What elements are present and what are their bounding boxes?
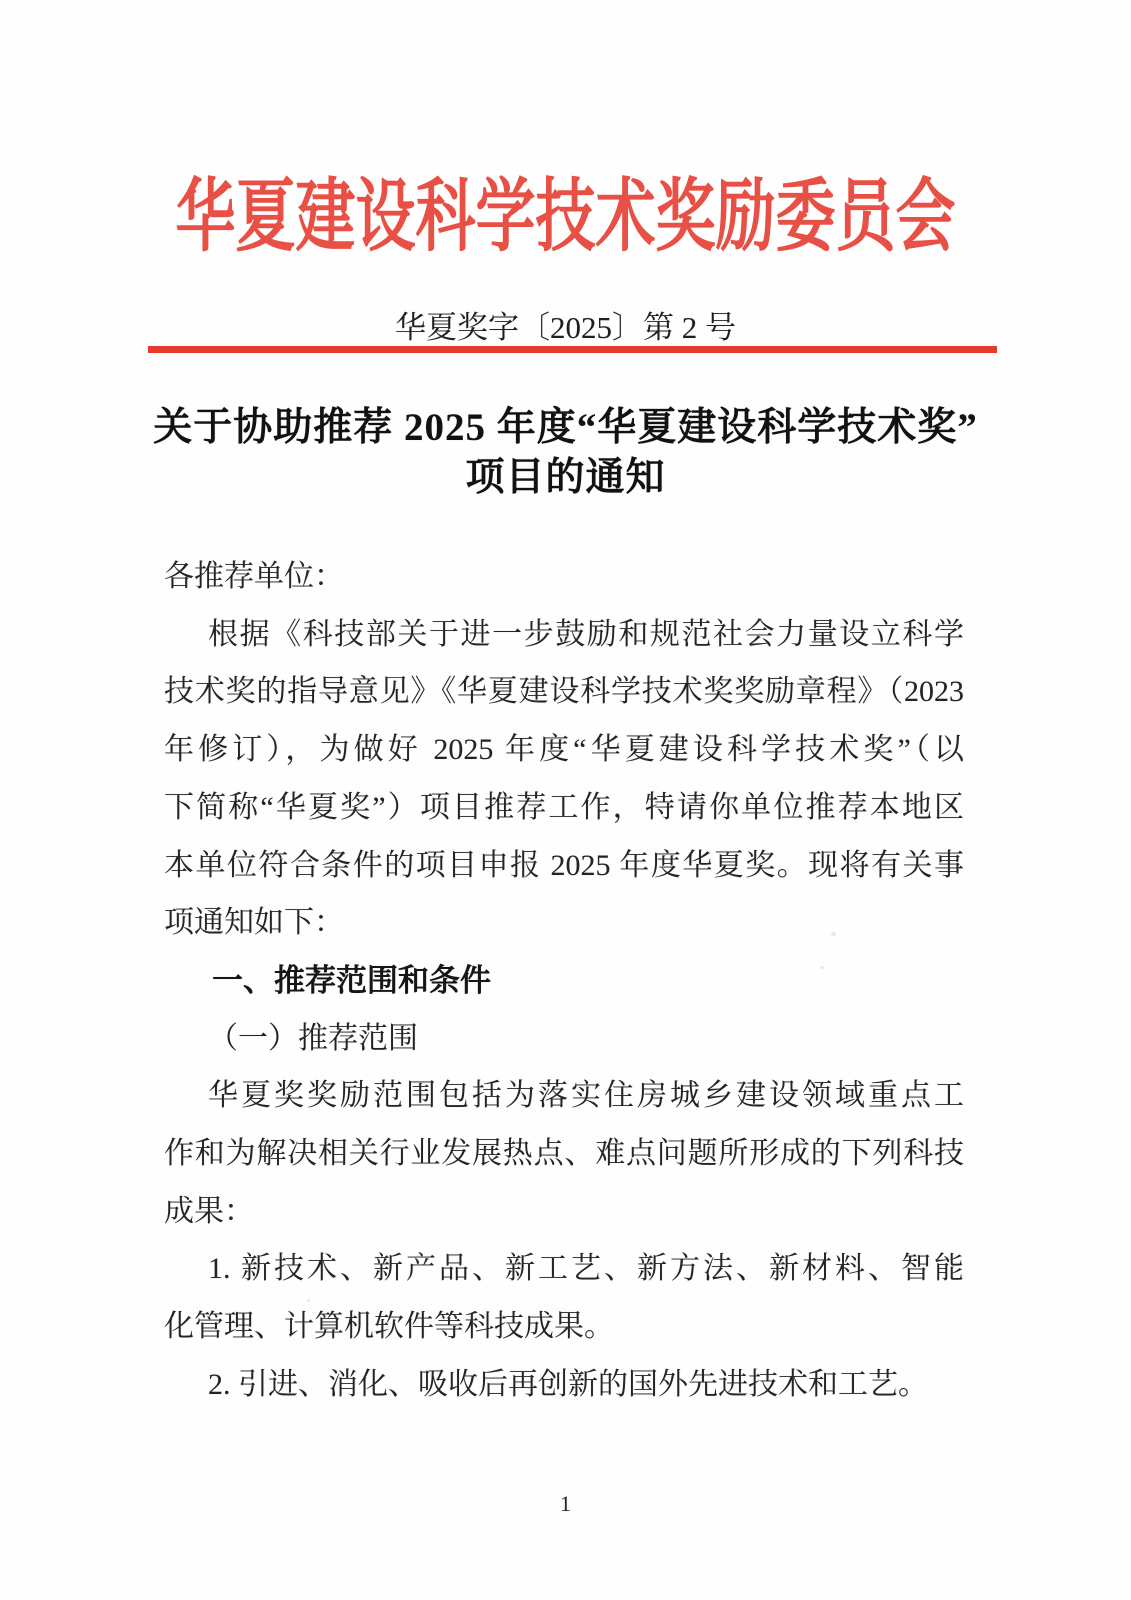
body-line-para1-1: 根据《科技部关于进一步鼓励和规范社会力量设立科学 <box>164 606 964 664</box>
body-line-scope-1: 华夏奖奖励范围包括为落实住房城乡建设领域重点工 <box>164 1067 964 1125</box>
body-line-scope-2: 作和为解决相关行业发展热点、难点问题所形成的下列科技 <box>164 1125 964 1183</box>
letterhead-org-title: 华夏建设科学技术奖励委员会 <box>0 154 1131 280</box>
body-line-scope-3: 成果： <box>164 1183 964 1241</box>
body-line-salutation: 各推荐单位： <box>164 548 964 606</box>
section-1-heading: 一、推荐范围和条件 <box>164 952 964 1010</box>
document-title-line1: 关于协助推荐 2025 年度“华夏建设科学技术奖” <box>0 403 1131 453</box>
scan-speck <box>307 1299 310 1302</box>
scan-speck <box>831 932 836 936</box>
scan-speck <box>820 966 824 969</box>
subsection-1-1-heading: （一）推荐范围 <box>164 1010 964 1068</box>
list-item-1-line1: 1. 新技术、新产品、新工艺、新方法、新材料、智能 <box>164 1240 964 1298</box>
document-body: 各推荐单位： 根据《科技部关于进一步鼓励和规范社会力量设立科学 技术奖的指导意见… <box>164 548 964 1414</box>
document-number: 华夏奖字〔2025〕第 2 号 <box>0 305 1131 350</box>
document-title-line2: 项目的通知 <box>0 453 1131 503</box>
body-line-para1-5: 本单位符合条件的项目申报 2025 年度华夏奖。现将有关事 <box>164 837 964 895</box>
list-item-1-line2: 化管理、计算机软件等科技成果。 <box>164 1298 964 1356</box>
body-line-para1-6: 项通知如下： <box>164 894 964 952</box>
body-line-para1-3: 年修订），为做好 2025 年度“华夏建设科学技术奖”（以 <box>164 721 964 779</box>
body-line-para1-2: 技术奖的指导意见》《华夏建设科学技术奖奖励章程》（2023 <box>164 663 964 721</box>
document-title: 关于协助推荐 2025 年度“华夏建设科学技术奖” 项目的通知 <box>0 403 1131 503</box>
page-number: 1 <box>0 1489 1131 1519</box>
scanned-document-page: 华夏建设科学技术奖励委员会 华夏奖字〔2025〕第 2 号 关于协助推荐 202… <box>0 0 1131 1600</box>
letterhead-separator-rule <box>148 346 997 353</box>
list-item-2: 2. 引进、消化、吸收后再创新的国外先进技术和工艺。 <box>164 1356 964 1414</box>
body-line-para1-4: 下简称“华夏奖”）项目推荐工作，特请你单位推荐本地区 <box>164 779 964 837</box>
